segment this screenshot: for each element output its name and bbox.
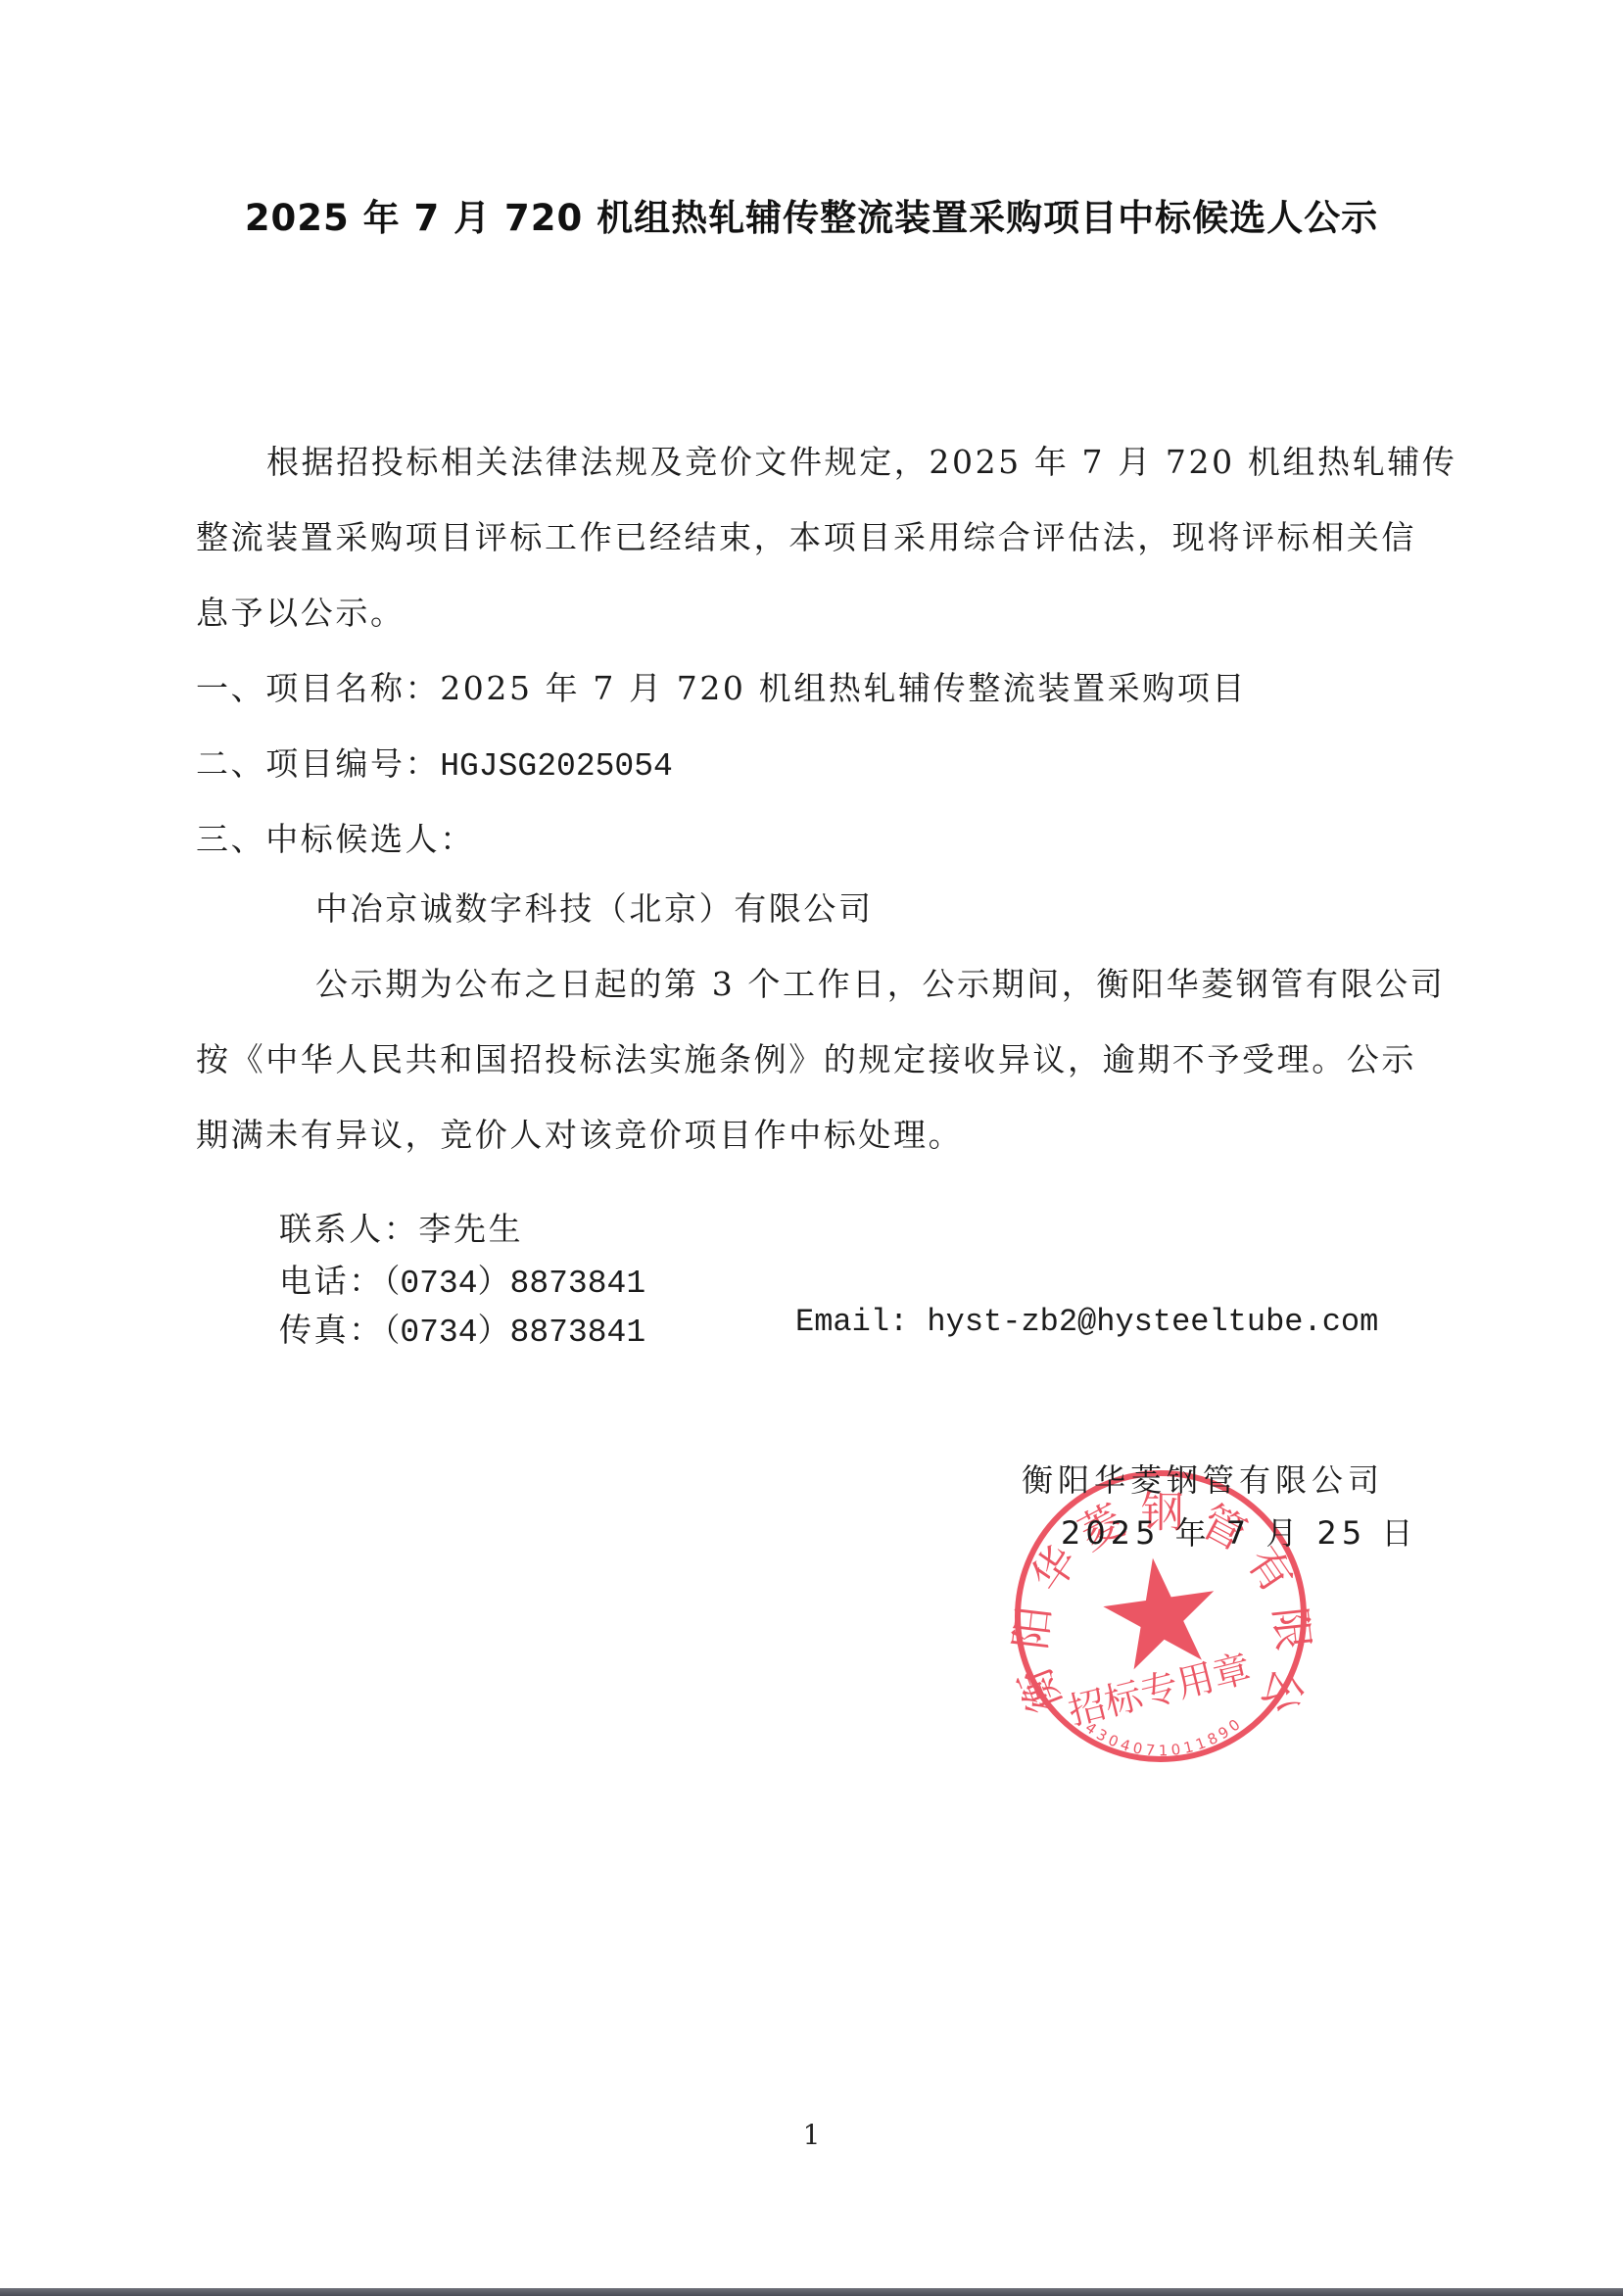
item-candidate-heading: 三、中标候选人： [196, 820, 475, 859]
contact-email: Email: hyst-zb2@hysteeltube.com [795, 1303, 1378, 1342]
contact-email-value[interactable]: hyst-zb2@hysteeltube.com [927, 1304, 1378, 1340]
intro-line-3: 息予以公示。 [196, 594, 406, 633]
contact-person-label: 联系人： [279, 1210, 418, 1248]
candidate-name: 中冶京诚数字科技（北京）有限公司 [315, 889, 874, 929]
contact-phone: 电话：（0734）8873841 [279, 1262, 645, 1304]
page-title: 2025 年 7 月 720 机组热轧辅传整流装置采购项目中标候选人公示 [0, 188, 1623, 241]
contact-fax: 传真：（0734）8873841 [279, 1311, 645, 1353]
document-page: 2025 年 7 月 720 机组热轧辅传整流装置采购项目中标候选人公示 根据招… [0, 0, 1623, 2288]
page-number: 1 [0, 2119, 1623, 2151]
notice-line-2: 按《中华人民共和国招投标法实施条例》的规定接收异议，逾期不予受理。公示 [196, 1040, 1416, 1079]
contact-person: 联系人：李先生 [279, 1210, 523, 1249]
intro-line-2: 整流装置采购项目评标工作已经结束，本项目采用综合评估法，现将评标相关信 [196, 518, 1416, 557]
item-candidate-label: 三、中标候选人： [196, 820, 475, 858]
item-project-number-label: 二、项目编号： [196, 744, 440, 783]
item-project-name-value: 2025 年 7 月 720 机组热轧辅传整流装置采购项目 [440, 669, 1247, 707]
contact-phone-label: 电话： [279, 1262, 384, 1300]
item-project-name-label: 一、项目名称： [196, 669, 440, 707]
star-icon [1097, 1551, 1222, 1673]
scan-edge-band [0, 2288, 1623, 2296]
item-project-number-value: HGJSG2025054 [440, 748, 673, 785]
contact-fax-value: （0734）8873841 [384, 1315, 645, 1351]
contact-person-value: 李先生 [418, 1210, 523, 1248]
notice-line-3: 期满未有异议，竞价人对该竞价项目作中标处理。 [196, 1116, 963, 1155]
signature-date: 2025 年 7 月 25 日 [1061, 1508, 1417, 1554]
notice-line-1: 公示期为公布之日起的第 3 个工作日，公示期间，衡阳华菱钢管有限公司 [315, 965, 1445, 1004]
item-project-name: 一、项目名称：2025 年 7 月 720 机组热轧辅传整流装置采购项目 [196, 669, 1247, 708]
contact-email-label: Email: [795, 1304, 908, 1340]
contact-phone-value: （0734）8873841 [384, 1266, 645, 1302]
contact-fax-label: 传真： [279, 1311, 384, 1349]
signature-company: 衡阳华菱钢管有限公司 [1022, 1456, 1384, 1501]
item-project-number: 二、项目编号：HGJSG2025054 [196, 744, 673, 787]
intro-line-1: 根据招投标相关法律法规及竞价文件规定，2025 年 7 月 720 机组热轧辅传 [266, 443, 1456, 482]
